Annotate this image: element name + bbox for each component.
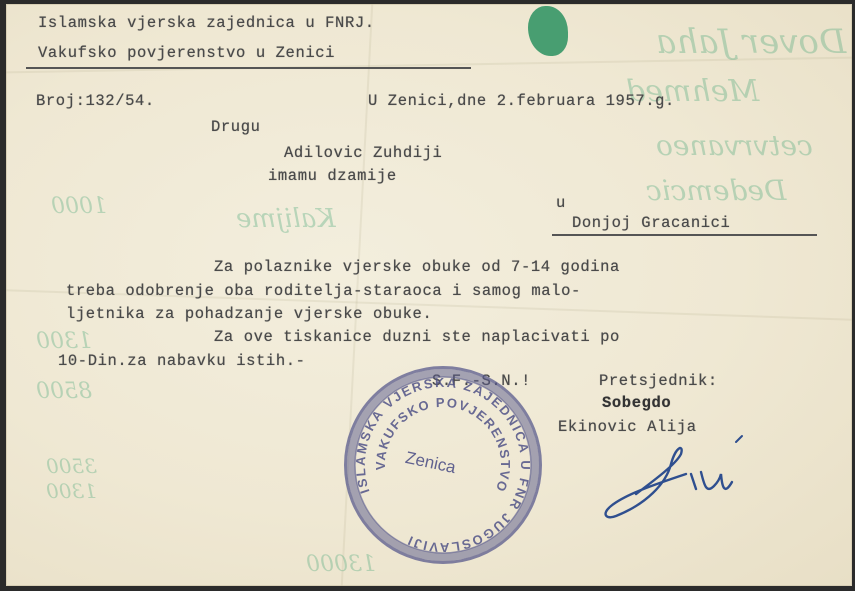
salutation: Drugu — [211, 118, 261, 136]
body-line-5: 10-Din.za nabavku istih.- — [58, 352, 306, 370]
bleed-through-text: 1300 — [36, 329, 92, 354]
body-line-1: Za polaznike vjerske obuke od 7-14 godin… — [214, 258, 620, 276]
body-line-3: ljetnika za pohadzanje vjerske obuke. — [66, 305, 432, 323]
bleed-through-text: 1300 — [46, 479, 97, 503]
recipient-prep: u — [556, 194, 566, 212]
place-underline — [552, 234, 817, 236]
official-stamp: ISLAMSKA VJERSKA ZAJEDNICA U FNR JUGOSLA… — [344, 366, 542, 564]
recipient-place: Donjoj Gracanici — [572, 214, 730, 232]
body-line-2: treba odobrenje oba roditelja-staraoca i… — [66, 282, 581, 300]
bleed-through-text: 8500 — [36, 379, 92, 404]
recipient-title: imamu dzamije — [268, 167, 397, 185]
ink-blot — [528, 6, 568, 56]
bleed-through-text: Dover Jaha — [656, 22, 846, 62]
handwritten-signature — [596, 434, 756, 524]
body-line-4: Za ove tiskanice duzni ste naplacivati p… — [214, 328, 620, 346]
bleed-through-text: Dedemcic — [646, 174, 786, 207]
document-page: Dover Jaha Mehmed cetvrvaneo Dedemcic Ka… — [6, 4, 852, 586]
bleed-through-text: 3500 — [46, 454, 97, 478]
recipient-name: Adilovic Zuhdiji — [284, 144, 442, 162]
header-line-2: Vakufsko povjerenstvo u Zenici — [38, 44, 335, 62]
struck-text: Sobegdo — [602, 394, 671, 412]
bleed-through-text: Kalijme — [236, 204, 336, 234]
signatory-role: Pretsjednik: — [599, 372, 718, 390]
header-line-1: Islamska vjerska zajednica u FNRJ. — [38, 14, 375, 32]
reference-number: Broj:132/54. — [36, 92, 155, 110]
bleed-through-text: cetvrvaneo — [656, 129, 813, 162]
place-date: U Zenici,dne 2.februara 1957.g. — [368, 92, 675, 110]
bleed-through-text: 1000 — [51, 194, 107, 219]
header-underline — [26, 67, 471, 69]
